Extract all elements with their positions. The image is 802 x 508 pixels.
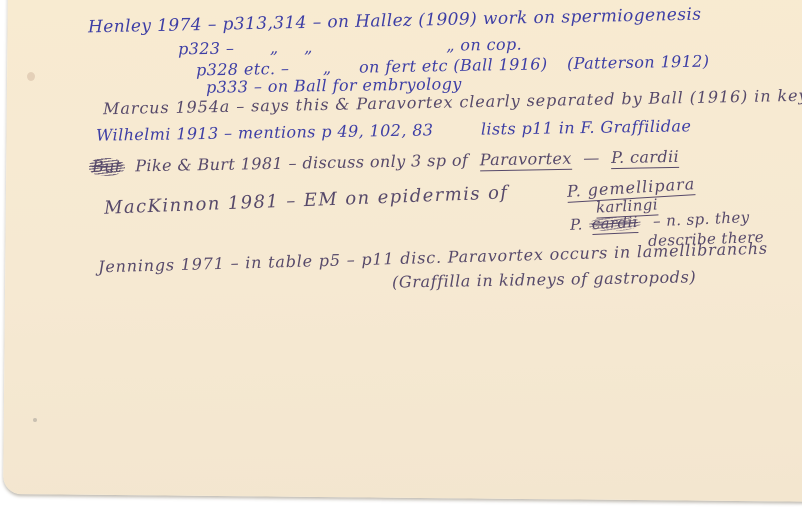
scribbled-out-word: cardii (591, 213, 638, 235)
underlined-genus: Paravortex (480, 149, 572, 172)
ditto-mark: „ (323, 58, 332, 77)
note-line-henley-p313: Henley 1974 – p313,314 – on Hallez (1909… (88, 5, 702, 38)
note-text: Henley 1974 – p313,314 – on Hallez (1909… (88, 5, 702, 38)
ditto-mark: „ (304, 38, 313, 57)
note-line-jennings-paren: (Graffilla in kidneys of gastropods) (392, 267, 697, 291)
note-text: „ on cop. (446, 35, 522, 55)
note-text: MacKinnon 1981 – EM on epidermis of (104, 182, 509, 219)
note-line-pike-burt: But Pike & Burt 1981 – discuss only 3 sp… (92, 147, 679, 178)
note-text: – n. sp. they (653, 208, 750, 230)
ditto-mark: „ (270, 38, 279, 57)
note-line-wilhelmi: Wilhelmi 1913 – mentions p 49, 102, 83 l… (96, 116, 692, 144)
note-text: lists p11 in F. Graffilidae (481, 116, 692, 138)
note-text: p323 – (178, 39, 235, 59)
note-text: Wilhelmi 1913 – mentions p 49, 102, 83 (96, 120, 434, 144)
note-text: P. (570, 215, 583, 234)
note-text: (Graffilla in kidneys of gastropods) (392, 267, 697, 291)
note-text: (Patterson 1912) (567, 52, 710, 73)
handwriting-layer: Henley 1974 – p313,314 – on Hallez (1909… (0, 0, 802, 508)
scribbled-out-word: But (92, 157, 122, 177)
underlined-species: P. cardii (611, 147, 679, 169)
note-text: — (583, 148, 600, 167)
note-text: Pike & Burt 1981 – discuss only 3 sp of (135, 151, 468, 176)
note-line-mackinnon: MacKinnon 1981 – EM on epidermis of (104, 182, 509, 219)
note-text: on fert etc (Ball 1916) (359, 54, 548, 76)
scan-page: Henley 1974 – p313,314 – on Hallez (1909… (0, 0, 802, 508)
